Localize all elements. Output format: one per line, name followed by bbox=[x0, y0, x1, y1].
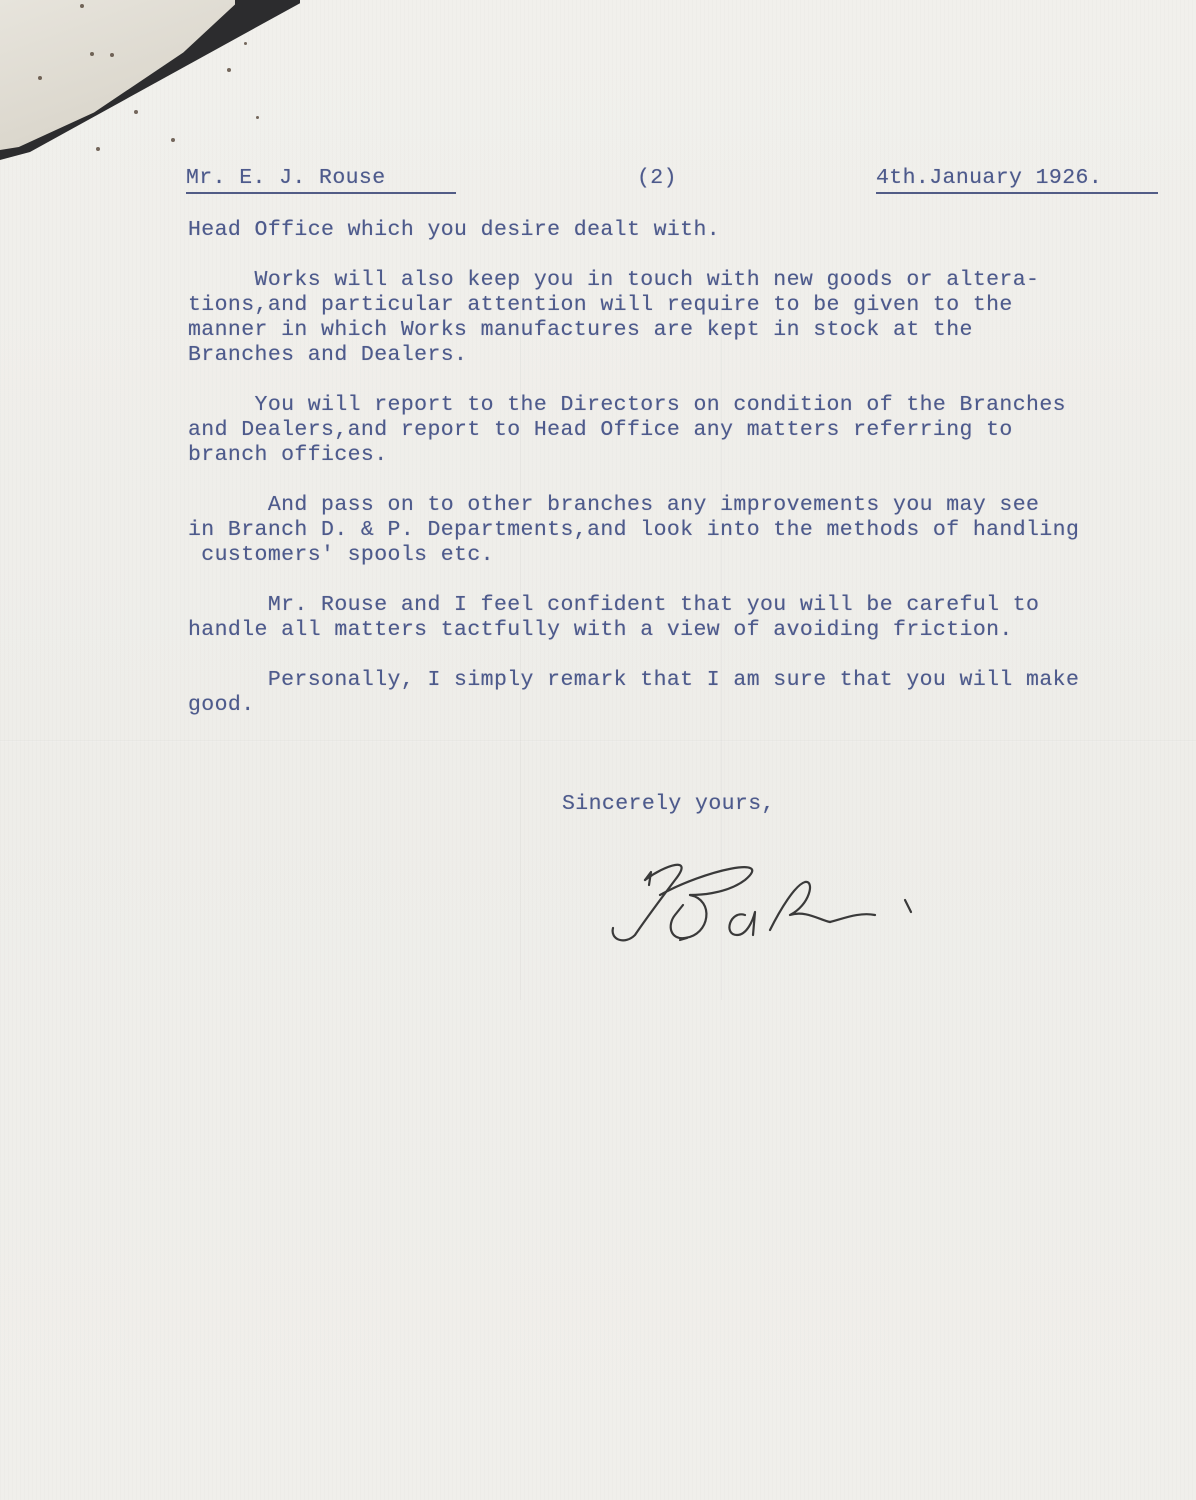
recipient-name: Mr. E. J. Rouse bbox=[186, 166, 456, 194]
paragraph-line: tions,and particular attention will requ… bbox=[188, 293, 1013, 318]
paragraph-line: good. bbox=[188, 693, 255, 718]
paper-speck bbox=[227, 68, 231, 72]
paper-speck bbox=[171, 138, 175, 142]
paper-speck bbox=[256, 116, 259, 119]
valediction: Sincerely yours, bbox=[562, 792, 775, 817]
paper-crease bbox=[0, 740, 1196, 742]
opening-line: Head Office which you desire dealt with. bbox=[188, 218, 720, 243]
paragraph-line: You will report to the Directors on cond… bbox=[188, 393, 1066, 418]
paragraph-line: And pass on to other branches any improv… bbox=[188, 493, 1039, 518]
paragraph-line: branch offices. bbox=[188, 443, 388, 468]
paragraph-line: handle all matters tactfully with a view… bbox=[188, 618, 1013, 643]
paragraph-line: manner in which Works manufactures are k… bbox=[188, 318, 973, 343]
paragraph-line: in Branch D. & P. Departments,and look i… bbox=[188, 518, 1079, 543]
paper-speck bbox=[90, 52, 94, 56]
paragraph-line: and Dealers,and report to Head Office an… bbox=[188, 418, 1013, 443]
paragraph-line: Personally, I simply remark that I am su… bbox=[188, 668, 1079, 693]
paragraph-line: customers' spools etc. bbox=[188, 543, 494, 568]
paragraph-line: Works will also keep you in touch with n… bbox=[188, 268, 1039, 293]
signature-icon bbox=[605, 850, 965, 950]
paper-speck bbox=[244, 42, 247, 45]
paper-speck bbox=[80, 4, 84, 8]
paragraph-line: Mr. Rouse and I feel confident that you … bbox=[188, 593, 1039, 618]
paper-speck bbox=[38, 76, 42, 80]
paper-speck bbox=[96, 147, 100, 151]
page-number: (2) bbox=[637, 166, 677, 191]
paper-speck bbox=[110, 53, 114, 57]
paragraph-line: Branches and Dealers. bbox=[188, 343, 467, 368]
paper-speck bbox=[134, 110, 138, 114]
letter-date: 4th.January 1926. bbox=[876, 166, 1158, 194]
